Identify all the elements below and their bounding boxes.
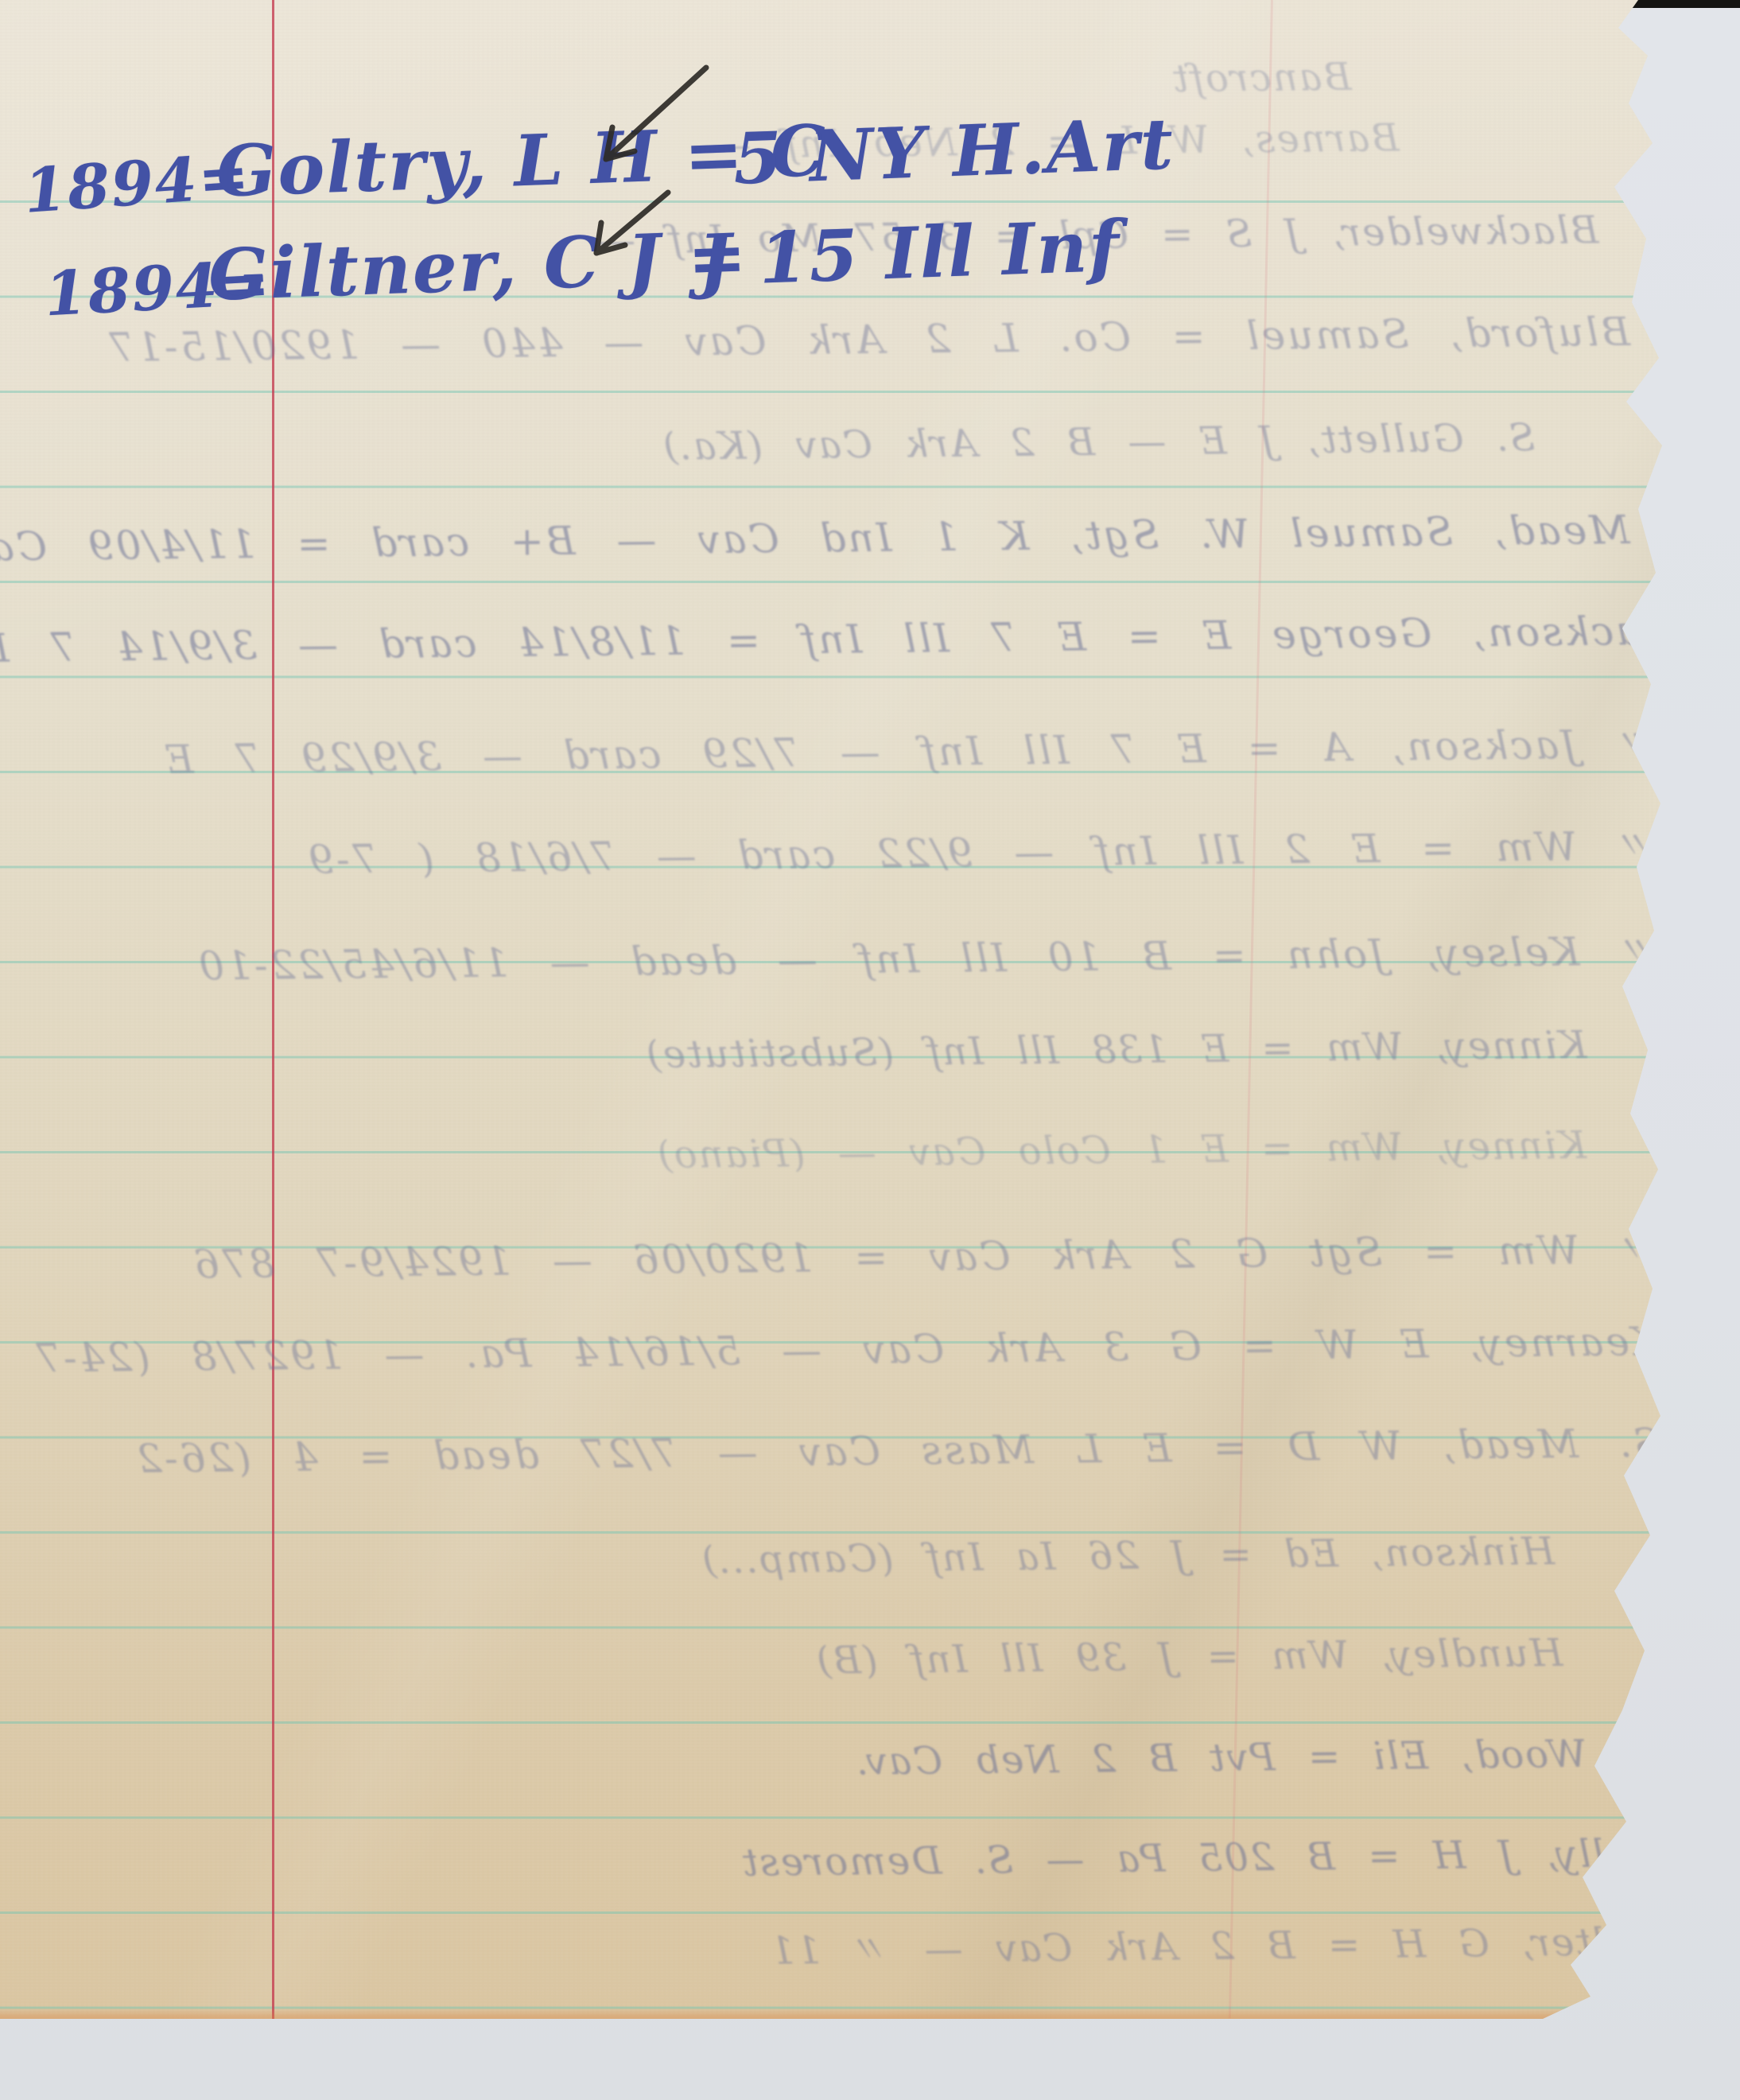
bleedthrough-line: Wood, Eli = Pvt B 2 Neb Cav. bbox=[854, 1732, 1587, 1784]
annotation-arrows bbox=[517, 40, 771, 294]
bleedthrough-line: 〃 Wm = E 2 Ill Inf — 9/22 card — 7/6/18 … bbox=[306, 814, 1658, 885]
bleedthrough-line: 〃 Kelsey, John = B 10 Ill Inf — dead — 1… bbox=[196, 919, 1660, 991]
bleedthrough-line: Hinkson, Ed = J 26 Ia Inf (Camp...) bbox=[701, 1529, 1556, 1582]
scanned-notebook-page: { "page": { "description_label": "handwr… bbox=[0, 0, 1740, 2100]
bleedthrough-margin-line bbox=[1229, 0, 1273, 2019]
bleedthrough-line: S. Mead, W D = E L Mass Cav — 7/27 dead … bbox=[134, 1420, 1660, 1482]
arrow-down-left-icon bbox=[596, 192, 668, 253]
bleedthrough-line: Kearney, E W = G 3 Ark Cav — 5/16/14 Pa.… bbox=[33, 1318, 1660, 1381]
bleedthrough-line: Kinney, Wm = E 138 Ill Inf (Substitute) bbox=[644, 1023, 1587, 1077]
bleedthrough-line: Kinney, Wm = E 1 Colo Cav — (Piano) bbox=[656, 1123, 1587, 1177]
bleedthrough-line: Hundley, Wm = J 39 Ill Inf (B) bbox=[814, 1631, 1563, 1683]
bleedthrough-line: Kelly, J H = B 205 Pa — S. Demorest bbox=[741, 1831, 1659, 1885]
bleedthrough-line: Bancroft bbox=[1171, 55, 1352, 101]
bleedthrough-line: Mead, Samuel W. Sgt, K 1 Ind Cav — B+ ca… bbox=[0, 507, 1630, 570]
arrow-down-left-icon bbox=[606, 68, 706, 159]
bleedthrough-line: Kelter, G H = B 2 Ark Cav — 〃 11 bbox=[769, 1911, 1659, 1975]
bleedthrough-line: S. Gullett, J E — B 2 Ark Cav (Ka.) bbox=[661, 415, 1535, 469]
unit-label: 5 NY H.Art bbox=[732, 102, 1175, 200]
bleedthrough-line: 〃 Jackson, A = E 7 Ill Inf — 7/29 card —… bbox=[161, 712, 1658, 785]
page-bottom-edge bbox=[0, 2008, 1662, 2019]
paper-sheet: Bancroft Barnes, W L = 2 Neb Inf — Black… bbox=[0, 0, 1662, 2019]
bleedthrough-line: Bluford, Samuel = Co. L 2 Ark Cav — 440 … bbox=[107, 309, 1631, 371]
bleedthrough-line: 〃 Wm = Sgt G 2 Ark Cav = 1920/06 — 1924/… bbox=[192, 1217, 1660, 1289]
bleedthrough-line: Jackson, George E = E 7 Ill Inf = 11/8/1… bbox=[0, 608, 1658, 671]
